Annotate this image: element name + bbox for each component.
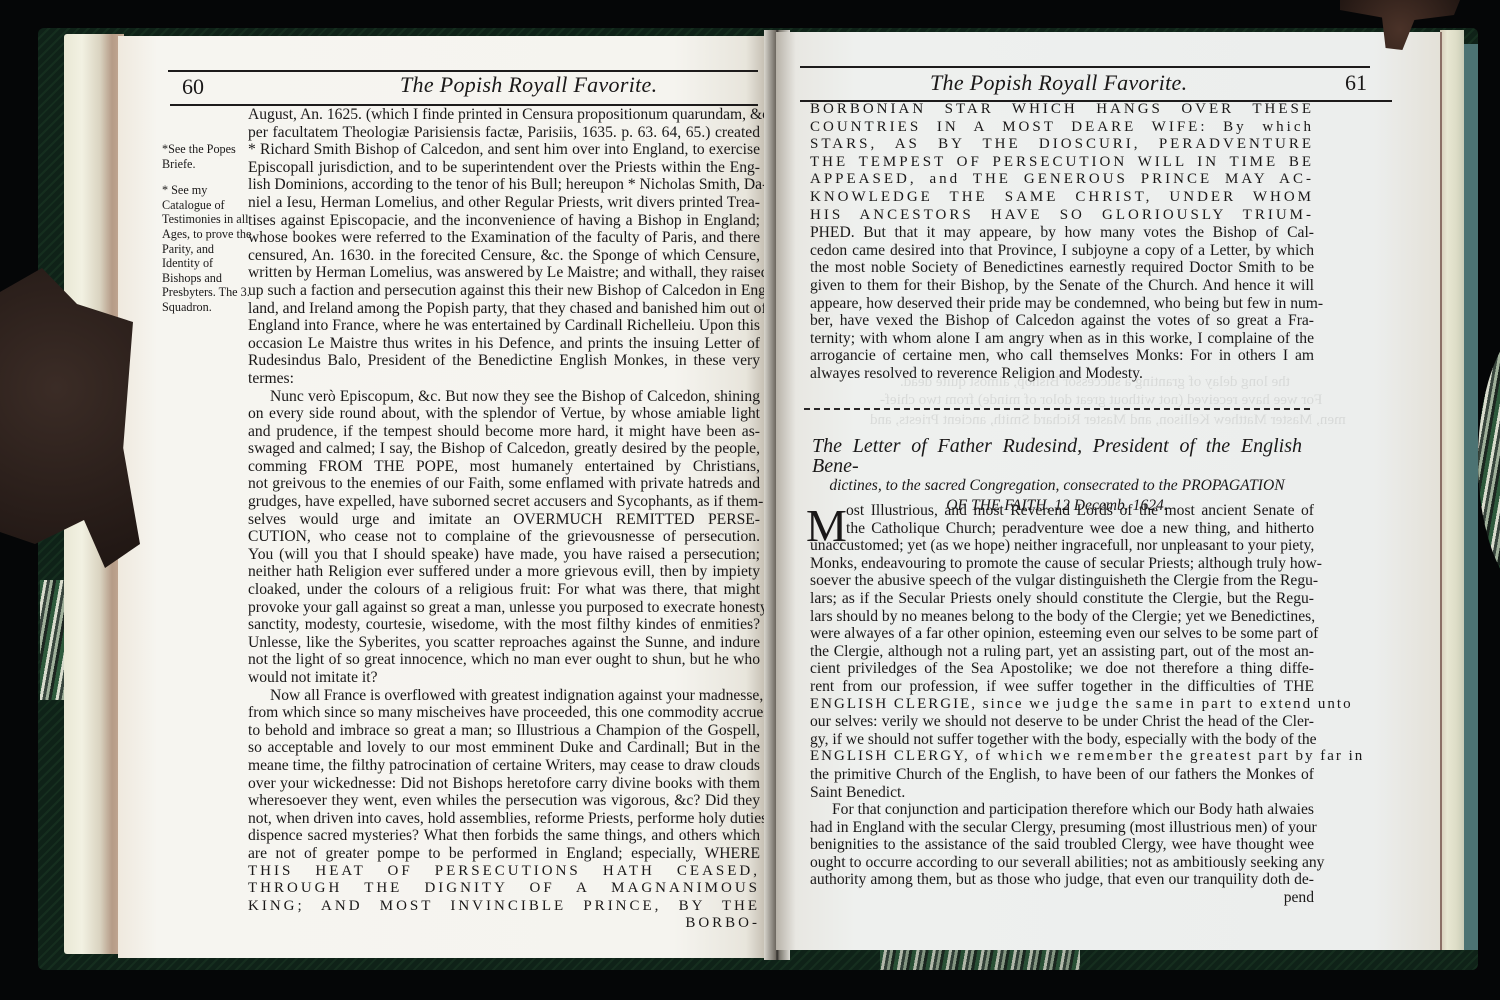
- quoted-line-caps: COUNTRIES IN A MOST DEARE WIFE: By which: [810, 119, 1314, 137]
- quoted-line: given to them for their Bishop, by the S…: [810, 277, 1314, 295]
- letter-line: our selves: verily we should not deserve…: [810, 713, 1314, 731]
- text-line: lish Dominions, according to the tenor o…: [248, 176, 760, 194]
- quoted-line-caps: APPEASED, and THE GENEROUS PRINCE MAY AC…: [810, 171, 1314, 189]
- quoted-line: Nunc verò Episcopum, &c. But now they se…: [248, 388, 760, 406]
- quoted-line: cloaked, under the colours of a religiou…: [248, 581, 760, 599]
- text-line: tises against Episcopacie, and the incon…: [248, 212, 760, 230]
- quoted-line: grudges, have expelled, have suborned se…: [248, 493, 760, 511]
- marbled-endpaper-bottom: [880, 950, 1080, 970]
- letter-line: cient priviledges of the Sea Apostolike;…: [810, 660, 1314, 678]
- quoted-line: Now all France is overflowed with greate…: [248, 687, 760, 705]
- quoted-line: ber, have vexed the Bishop of Calcedon a…: [810, 312, 1314, 330]
- quoted-line: would not imitate it?: [248, 669, 760, 687]
- quoted-line: not greivous to the enemies of our Faith…: [248, 475, 760, 493]
- letter-line: gy, if we should not suffer together wit…: [810, 731, 1314, 749]
- quoted-line-caps: HIS ANCESTORS HAVE SO GLORIOUSLY TRIUM-: [810, 207, 1314, 225]
- letter-line: lars should by no meanes belong to the b…: [810, 608, 1314, 626]
- right-body-text-letter: ost Illustrious, and most Reverend Lords…: [810, 502, 1314, 907]
- quoted-line: are not of greater pompe to be performed…: [248, 845, 760, 863]
- quoted-line-caps: STARS, AS BY THE DIOSCURI, PERADVENTURE: [810, 136, 1314, 154]
- text-line: England into France, where he was entert…: [248, 317, 760, 335]
- letter-line: authority among them, but as those who j…: [810, 871, 1314, 889]
- quoted-line: dispence sacred mysteries? What then for…: [248, 827, 760, 845]
- quoted-line-caps: THE TEMPEST OF PERSECUTION WILL IN TIME …: [810, 154, 1314, 172]
- quoted-line: alwayes resolved to reverence Religion a…: [810, 365, 1314, 383]
- quoted-line: PHED. But that it may appeare, by how ma…: [810, 224, 1314, 242]
- letter-line: For that conjunction and participation t…: [810, 801, 1314, 819]
- letter-heading-line2: dictines, to the sacred Congregation, co…: [812, 476, 1302, 496]
- quoted-line: so acceptable and lovely to our most emm…: [248, 739, 760, 757]
- letter-line: were alwayes of a far other opinion, est…: [810, 625, 1314, 643]
- quoted-line: CUTION, who cease not to complaine of th…: [248, 528, 760, 546]
- letter-heading-line1: The Letter of Father Rudesind, President…: [812, 436, 1302, 476]
- letter-line: rent from our profession, if wee suffer …: [810, 678, 1314, 696]
- quoted-line: neither hath Religion ever suffered unde…: [248, 563, 760, 581]
- head-rule-top-right: [800, 66, 1370, 68]
- text-line: censured, An. 1630. in the forecited Cen…: [248, 247, 760, 265]
- letter-line: had in England with the secular Clergy, …: [810, 819, 1314, 837]
- letter-line: Monks, endeavouring to promote the cause…: [810, 555, 1314, 573]
- margin-note: *See the Popes Briefe.: [162, 142, 254, 171]
- quoted-line: arrogancie of certaine men, who call the…: [810, 347, 1314, 365]
- letter-line: unaccustomed; yet (as we hope) neither i…: [810, 537, 1314, 555]
- quoted-line: not the light of so great innocence, whi…: [248, 651, 760, 669]
- quoted-line: Unlesse, like the Syberites, you scatter…: [248, 634, 760, 652]
- quoted-line-caps: BORBONIAN STAR WHICH HANGS OVER THESE: [810, 101, 1314, 119]
- letter-line: the Catholique Church; peradventure wee …: [810, 520, 1314, 538]
- quoted-line: cedon came desired into that Province, I…: [810, 242, 1314, 260]
- quoted-line: not, when driven into caves, hold assemb…: [248, 810, 760, 828]
- quoted-line: ternity; with whom alone I am angry when…: [810, 330, 1314, 348]
- quoted-line: to behold and imbrace so great a man; so…: [248, 722, 760, 740]
- catchword-left: BORBO-: [248, 915, 760, 933]
- show-through-text: For wee have received (not without great…: [880, 392, 1322, 409]
- quoted-line: provoke your gall against so great a man…: [248, 599, 760, 617]
- text-line: Rudesindus Balo, President of the Benedi…: [248, 352, 760, 370]
- quoted-line-caps: KING; AND MOST INVINCIBLE PRINCE, BY THE: [248, 898, 760, 916]
- marbled-endpaper-right: [1478, 320, 1500, 600]
- quoted-line: wheresoever they went, even whiles the p…: [248, 792, 760, 810]
- text-line: written by Herman Lomelius, was answered…: [248, 264, 760, 282]
- running-head-left: The Popish Royall Favorite.: [400, 72, 657, 98]
- quoted-line: from which since so many mischeives have…: [248, 704, 760, 722]
- text-line: whose bookes were referred to the Examin…: [248, 229, 760, 247]
- quoted-line: on every side round about, with the sple…: [248, 405, 760, 423]
- text-line: up such a faction and persecution agains…: [248, 282, 760, 300]
- quoted-line: sanctity, modesty, courtesie, wisedome, …: [248, 616, 760, 634]
- text-line: per facultatem Theologiæ Parisiensis fac…: [248, 124, 760, 142]
- section-divider: [804, 408, 1310, 410]
- text-line: land, and Ireland among the Popish party…: [248, 300, 760, 318]
- letter-line: ought to occurre according to our severa…: [810, 854, 1314, 872]
- page-number-left: 60: [182, 74, 204, 100]
- letter-line: benignities to the assistance of the sai…: [810, 836, 1314, 854]
- letter-line: ENGLISH CLERGIE, since we judge the same…: [810, 696, 1314, 714]
- left-body-text: August, An. 1625. (which I finde printed…: [248, 106, 760, 933]
- page-number-right: 61: [1345, 70, 1367, 96]
- quoted-line: comming FROM THE POPE, most humanely ent…: [248, 458, 760, 476]
- right-page-edges: [1440, 30, 1464, 950]
- quoted-line-caps: KNOWLEDGE THE SAME CHRIST, UNDER WHOM: [810, 189, 1314, 207]
- letter-line: ost Illustrious, and most Reverend Lords…: [810, 502, 1314, 520]
- letter-line: lars; as if the Secular Priests onely sh…: [810, 590, 1314, 608]
- quoted-line: You (will you that I should speake) have…: [248, 546, 760, 564]
- quoted-line: swaged and calmed; I say, the Bishop of …: [248, 440, 760, 458]
- letter-line: soever the abusive speech of the vulgar …: [810, 572, 1314, 590]
- show-through-text: men, Master Matthew Kellison, and Master…: [870, 412, 1346, 429]
- quoted-line: over your wickednesse: Did not Bishops h…: [248, 775, 760, 793]
- running-head-right: The Popish Royall Favorite.: [930, 70, 1187, 96]
- text-line: Episcopall jurisdiction, and to be super…: [248, 159, 760, 177]
- quoted-line: meane time, the filthy patrocination of …: [248, 757, 760, 775]
- margin-notes: *See the Popes Briefe. * See my Catalogu…: [162, 142, 254, 327]
- text-line: * Richard Smith Bishop of Calcedon, and …: [248, 141, 760, 159]
- text-line: niel a Iesu, Herman Lomelius, and other …: [248, 194, 760, 212]
- text-line: termes:: [248, 370, 760, 388]
- letter-line: the Clergie, although not a ruling part,…: [810, 643, 1314, 661]
- right-body-text-top: BORBONIAN STAR WHICH HANGS OVER THESE CO…: [810, 101, 1314, 383]
- quoted-line: and prudence, if the tempest should beco…: [248, 423, 760, 441]
- catchword-right: pend: [810, 889, 1314, 907]
- quoted-line-caps: THROUGH THE DIGNITY OF A MAGNANIMOUS: [248, 880, 760, 898]
- text-line: August, An. 1625. (which I finde printed…: [248, 106, 760, 124]
- right-board-edge: [1464, 44, 1478, 950]
- quoted-line: selves would urge and imitate an OVERMUC…: [248, 511, 760, 529]
- margin-note: * See my Catalogue of Testimonies in all…: [162, 183, 254, 314]
- quoted-line-caps: THIS HEAT OF PERSECUTIONS HATH CEASED,: [248, 863, 760, 881]
- text-line: occasion Le Maistre thus writes in his D…: [248, 335, 760, 353]
- letter-line: the primitive Church of the English, to …: [810, 766, 1314, 784]
- quoted-line: the most noble Society of Benedictines e…: [810, 259, 1314, 277]
- letter-line: ENGLISH CLERGY, of which we remember the…: [810, 748, 1314, 766]
- quoted-line: appeare, how deserved their pride may be…: [810, 295, 1314, 313]
- letter-line: Saint Benedict.: [810, 784, 1314, 802]
